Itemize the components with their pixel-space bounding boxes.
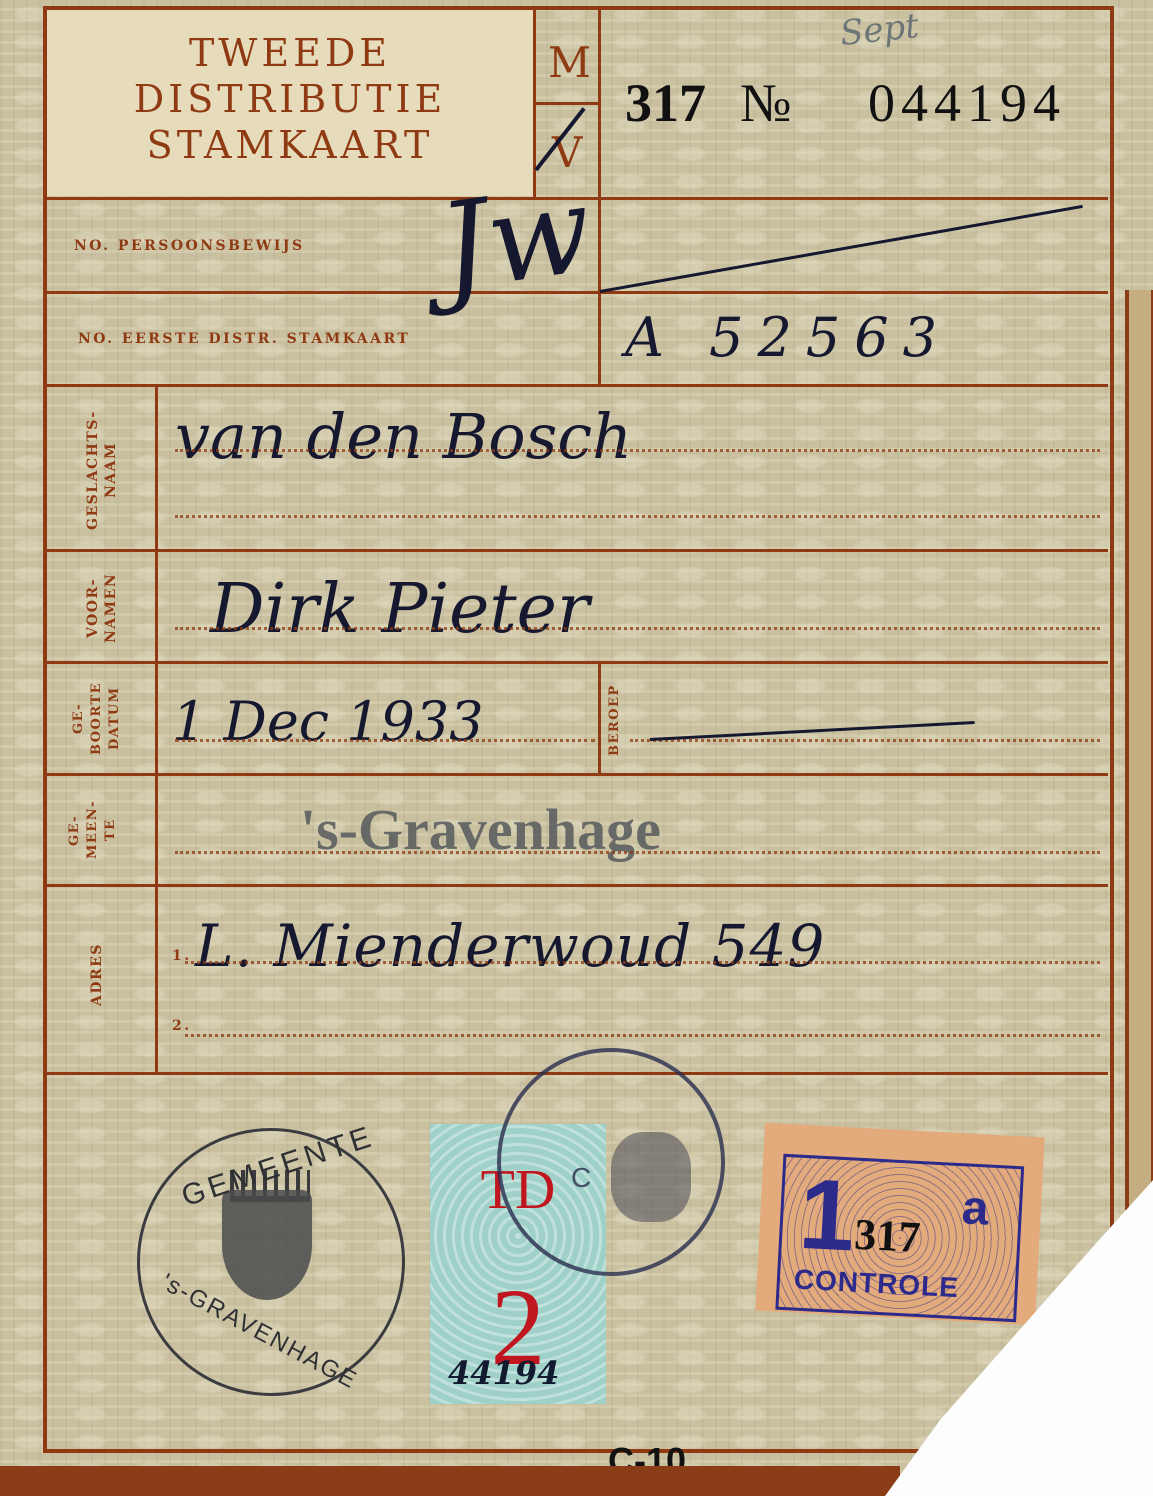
label-line: GESLACHTS-: [85, 410, 101, 530]
coat-of-arms-icon: [222, 1190, 312, 1300]
voornamen-label: VOOR- NAMEN: [84, 560, 120, 656]
dotted-line: [185, 1034, 1100, 1037]
td-handwritten-number: 44194: [448, 1354, 559, 1392]
serial-symbol: №: [740, 72, 792, 134]
ink-blot: [611, 1132, 691, 1222]
beroep-label: BEROEP: [606, 672, 624, 768]
divider: [45, 884, 1108, 887]
title-line-3: STAMKAART: [47, 122, 533, 168]
gemeente-label: GE- MEEN- TE: [66, 790, 120, 870]
divider: [45, 773, 1108, 776]
postmark-letter: C: [571, 1162, 591, 1194]
divider: [45, 384, 1108, 387]
card-title: TWEEDE DISTRIBUTIE STAMKAART: [47, 30, 533, 168]
beroep-divider: [598, 663, 601, 775]
controle-stamp-frame: 1 317 a CONTROLE: [775, 1154, 1024, 1322]
controle-label: CONTROLE: [793, 1264, 960, 1305]
postmark-stamp: C: [497, 1048, 725, 1276]
label-line: MEEN-: [85, 801, 100, 860]
geslachtsnaam-label: GESLACHTS- NAAM: [84, 400, 120, 540]
serial-prefix: 317: [625, 72, 706, 134]
bottom-border-band: [0, 1466, 900, 1496]
eerste-stamkaart-label: NO. EERSTE DISTR. STAMKAART: [78, 331, 410, 347]
persoonsbewijs-value[interactable]: Jw: [431, 160, 600, 319]
pencil-note: Sept: [838, 6, 921, 54]
dotted-line: [175, 739, 595, 742]
controle-number: 317: [853, 1209, 922, 1263]
dotted-line: [175, 851, 1100, 854]
serial-number: 044194: [868, 72, 1066, 134]
title-line-1: TWEEDE: [47, 30, 533, 76]
label-line: DATUM: [107, 686, 122, 750]
adres-label: ADRES: [88, 920, 106, 1030]
dotted-line: [175, 515, 1100, 518]
label-line: VOOR-: [85, 578, 101, 638]
adres-line2-number: 2.: [172, 1018, 192, 1034]
label-line: NAMEN: [103, 573, 119, 643]
distribution-card: TWEEDE DISTRIBUTIE STAMKAART M V 317 № 0…: [0, 0, 1153, 1496]
persoonsbewijs-label: NO. PERSOONSBEWIJS: [74, 238, 305, 254]
divider: [533, 102, 600, 105]
gender-male-option[interactable]: M: [548, 38, 591, 87]
geboortedatum-value[interactable]: 1 Dec 1933: [172, 690, 484, 753]
controle-letter: a: [960, 1180, 990, 1236]
dotted-line: [185, 961, 1100, 964]
voornamen-value[interactable]: Dirk Pieter: [210, 570, 589, 649]
label-line: NAAM: [103, 442, 119, 498]
divider: [45, 661, 1108, 664]
geboortedatum-label: GE- BOORTE DATUM: [70, 668, 124, 768]
dotted-line: [630, 739, 1100, 742]
label-line: TE: [103, 819, 118, 842]
dotted-line: [175, 627, 1100, 630]
label-line: GE-: [71, 702, 86, 733]
eerste-stamkaart-value[interactable]: A 52563: [625, 306, 951, 369]
controle-stamp: 1 317 a CONTROLE: [755, 1123, 1044, 1325]
label-column-divider: [155, 385, 158, 1075]
dotted-line: [175, 449, 1100, 452]
divider: [45, 549, 1108, 552]
label-line: BOORTE: [89, 681, 104, 754]
title-line-2: DISTRIBUTIE: [47, 76, 533, 122]
card-edge-layer: [1125, 290, 1153, 1210]
geslachtsnaam-value[interactable]: van den Bosch: [175, 400, 632, 473]
adres-line1-value[interactable]: L. Mienderwoud 549: [195, 912, 825, 980]
controle-big-digit: 1: [797, 1164, 858, 1267]
label-line: GE-: [67, 814, 82, 845]
